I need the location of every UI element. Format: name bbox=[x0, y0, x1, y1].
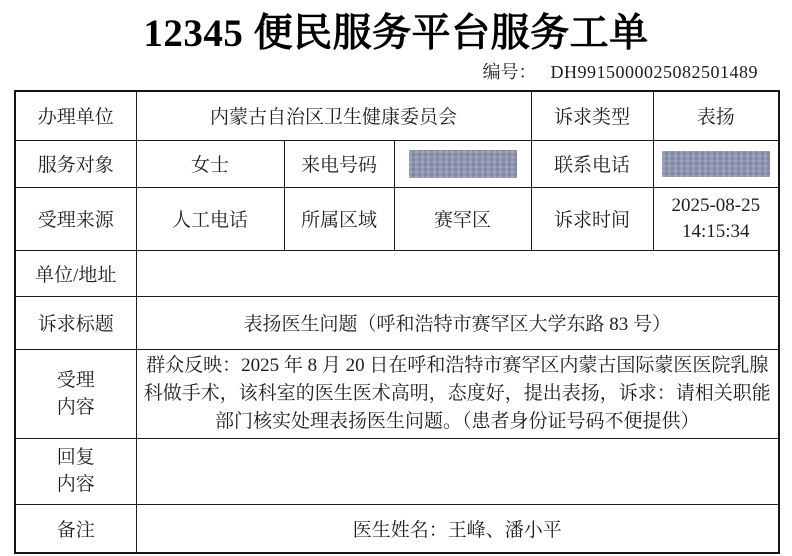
row-handling-unit: 办理单位 内蒙古自治区卫生健康委员会 诉求类型 表扬 bbox=[15, 91, 779, 140]
page-title: 12345 便民服务平台服务工单 bbox=[0, 2, 792, 58]
serial-label: 编号： bbox=[483, 62, 537, 82]
field-label-contact-phone: 联系电话 bbox=[531, 140, 653, 187]
reply-content-label-text: 回复内容 bbox=[55, 444, 97, 498]
field-label-region: 所属区域 bbox=[284, 187, 394, 250]
row-service-target: 服务对象 女士 来电号码 联系电话 bbox=[15, 140, 779, 187]
serial-value: DH9915000025082501489 bbox=[551, 62, 759, 82]
field-value-remark: 医生姓名：王峰、潘小平 bbox=[136, 504, 779, 553]
field-label-remark: 备注 bbox=[15, 504, 136, 553]
field-value-region: 赛罕区 bbox=[394, 187, 531, 250]
field-label-caller-number: 来电号码 bbox=[284, 140, 394, 187]
field-value-handling-unit: 内蒙古自治区卫生健康委员会 bbox=[136, 91, 531, 140]
row-appeal-title: 诉求标题 表扬医生问题（呼和浩特市赛罕区大学东路 83 号） bbox=[15, 296, 779, 349]
field-value-contact-phone bbox=[653, 140, 779, 187]
work-order-document: 12345 便民服务平台服务工单 编号：DH991500002508250148… bbox=[0, 0, 792, 556]
row-accept-content: 受理内容 群众反映：2025 年 8 月 20 日在呼和浩特市赛罕区内蒙古国际蒙… bbox=[15, 349, 779, 438]
field-value-reply-content bbox=[136, 438, 779, 504]
field-label-unit-address: 单位/地址 bbox=[15, 250, 136, 296]
contact-phone-redaction-block bbox=[662, 151, 770, 177]
field-value-appeal-title: 表扬医生问题（呼和浩特市赛罕区大学东路 83 号） bbox=[136, 296, 779, 349]
field-label-service-target: 服务对象 bbox=[15, 140, 136, 187]
field-value-accept-content: 群众反映：2025 年 8 月 20 日在呼和浩特市赛罕区内蒙古国际蒙医医院乳腺… bbox=[136, 349, 779, 438]
field-value-service-target: 女士 bbox=[136, 140, 284, 187]
field-label-appeal-title: 诉求标题 bbox=[15, 296, 136, 349]
field-label-accept-source: 受理来源 bbox=[15, 187, 136, 250]
field-value-caller-number bbox=[394, 140, 531, 187]
row-unit-address: 单位/地址 bbox=[15, 250, 779, 296]
field-label-appeal-time: 诉求时间 bbox=[531, 187, 653, 250]
row-reply-content: 回复内容 bbox=[15, 438, 779, 504]
field-label-accept-content: 受理内容 bbox=[15, 349, 136, 438]
row-accept-source: 受理来源 人工电话 所属区域 赛罕区 诉求时间 2025-08-25 14:15… bbox=[15, 187, 779, 250]
work-order-table: 办理单位 内蒙古自治区卫生健康委员会 诉求类型 表扬 服务对象 女士 来电号码 … bbox=[14, 90, 780, 554]
caller-number-redaction-block bbox=[409, 150, 517, 178]
field-value-unit-address bbox=[136, 250, 779, 296]
field-value-accept-source: 人工电话 bbox=[136, 187, 284, 250]
field-value-appeal-type: 表扬 bbox=[653, 91, 779, 140]
row-remark: 备注 医生姓名：王峰、潘小平 bbox=[15, 504, 779, 553]
field-label-reply-content: 回复内容 bbox=[15, 438, 136, 504]
serial-number-row: 编号：DH9915000025082501489 bbox=[0, 59, 792, 85]
field-label-handling-unit: 办理单位 bbox=[15, 91, 136, 140]
field-label-appeal-type: 诉求类型 bbox=[531, 91, 653, 140]
accept-content-label-text: 受理内容 bbox=[55, 367, 97, 421]
field-value-appeal-time: 2025-08-25 14:15:34 bbox=[653, 187, 779, 250]
